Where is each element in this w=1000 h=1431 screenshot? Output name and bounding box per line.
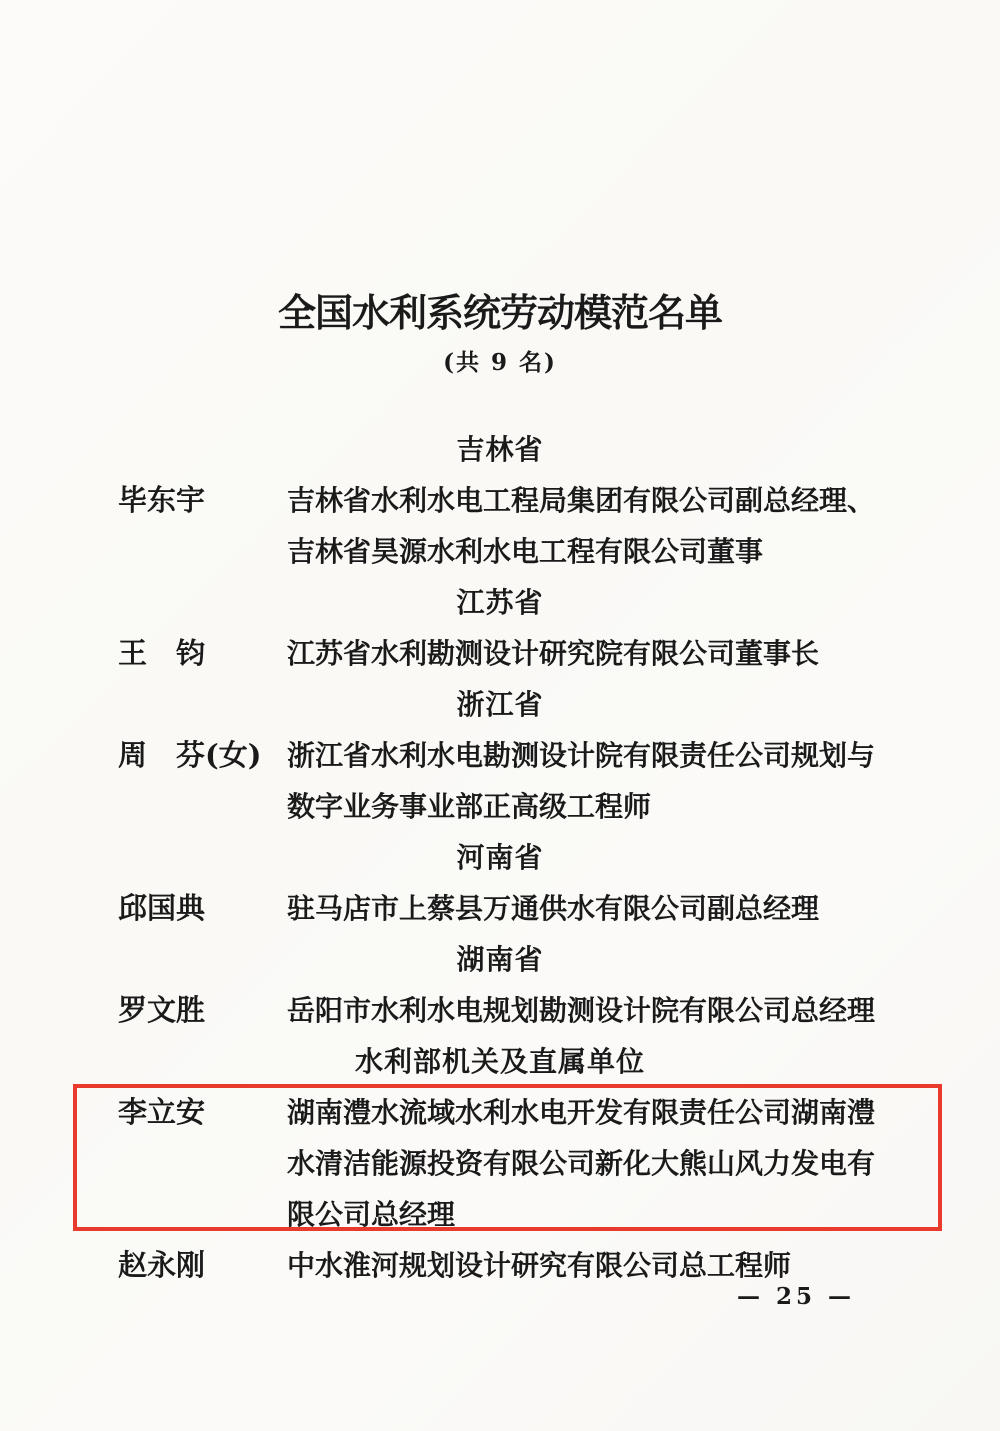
entry-title: 岳阳市水利水电规划勘测设计院有限公司总经理 [287,985,1000,1036]
entry-title: 驻马店市上蔡县万通供水有限公司副总经理 [287,883,1000,934]
entry-title: 中水淮河规划设计研究有限公司总工程师 [287,1240,1000,1291]
document-page: 全国水利系统劳动模范名单 (共 9 名) 吉林省 毕东宇 吉林省水利水电工程局集… [0,0,1000,1431]
entry-row: 王 钧 江苏省水利勘测设计研究院有限公司董事长 [0,628,1000,679]
entry-name: 李立安 [118,1087,287,1138]
entry-row: 罗文胜 岳阳市水利水电规划勘测设计院有限公司总经理 [0,985,1000,1036]
entry-name: 邱国典 [118,883,287,934]
entry-line: 水清洁能源投资有限公司新化大熊山风力发电有 [287,1138,1000,1189]
document-title: 全国水利系统劳动模范名单 [0,282,1000,337]
entry-title: 吉林省水利水电工程局集团有限公司副总经理、 吉林省昊源水利水电工程有限公司董事 [287,475,1000,577]
entry-row: 周 芬(女) 浙江省水利水电勘测设计院有限责任公司规划与 数字业务事业部正高级工… [0,730,1000,832]
entry-line: 限公司总经理 [287,1189,1000,1240]
section-header-henan: 河南省 [0,832,1000,883]
entry-line: 浙江省水利水电勘测设计院有限责任公司规划与 [287,730,1000,781]
entry-line: 吉林省昊源水利水电工程有限公司董事 [287,526,1000,577]
entry-line: 江苏省水利勘测设计研究院有限公司董事长 [287,628,1000,679]
section-header-jiangsu: 江苏省 [0,577,1000,628]
entry-line: 中水淮河规划设计研究有限公司总工程师 [287,1240,1000,1291]
section-header-ministry: 水利部机关及直属单位 [0,1036,1000,1087]
entry-name: 毕东宇 [118,475,287,526]
entry-line: 驻马店市上蔡县万通供水有限公司副总经理 [287,883,1000,934]
page-number: — 25 — [737,1283,855,1310]
entry-name: 罗文胜 [118,985,287,1036]
entry-line: 数字业务事业部正高级工程师 [287,781,1000,832]
entry-row: 邱国典 驻马店市上蔡县万通供水有限公司副总经理 [0,883,1000,934]
section-header-jilin: 吉林省 [0,424,1000,475]
section-header-zhejiang: 浙江省 [0,679,1000,730]
entry-line: 吉林省水利水电工程局集团有限公司副总经理、 [287,475,1000,526]
entry-name: 赵永刚 [118,1240,287,1291]
entry-line: 岳阳市水利水电规划勘测设计院有限公司总经理 [287,985,1000,1036]
entry-title: 湖南澧水流域水利水电开发有限责任公司湖南澧 水清洁能源投资有限公司新化大熊山风力… [287,1087,1000,1240]
entry-title: 浙江省水利水电勘测设计院有限责任公司规划与 数字业务事业部正高级工程师 [287,730,1000,832]
entry-row: 毕东宇 吉林省水利水电工程局集团有限公司副总经理、 吉林省昊源水利水电工程有限公… [0,475,1000,577]
entry-line: 湖南澧水流域水利水电开发有限责任公司湖南澧 [287,1087,1000,1138]
award-list: 吉林省 毕东宇 吉林省水利水电工程局集团有限公司副总经理、 吉林省昊源水利水电工… [0,424,1000,1291]
entry-name: 周 芬(女) [118,730,287,781]
entry-row-highlighted: 李立安 湖南澧水流域水利水电开发有限责任公司湖南澧 水清洁能源投资有限公司新化大… [0,1087,1000,1240]
entry-title: 江苏省水利勘测设计研究院有限公司董事长 [287,628,1000,679]
section-header-hunan: 湖南省 [0,934,1000,985]
document-subtitle: (共 9 名) [0,344,1000,377]
entry-name: 王 钧 [118,628,287,679]
